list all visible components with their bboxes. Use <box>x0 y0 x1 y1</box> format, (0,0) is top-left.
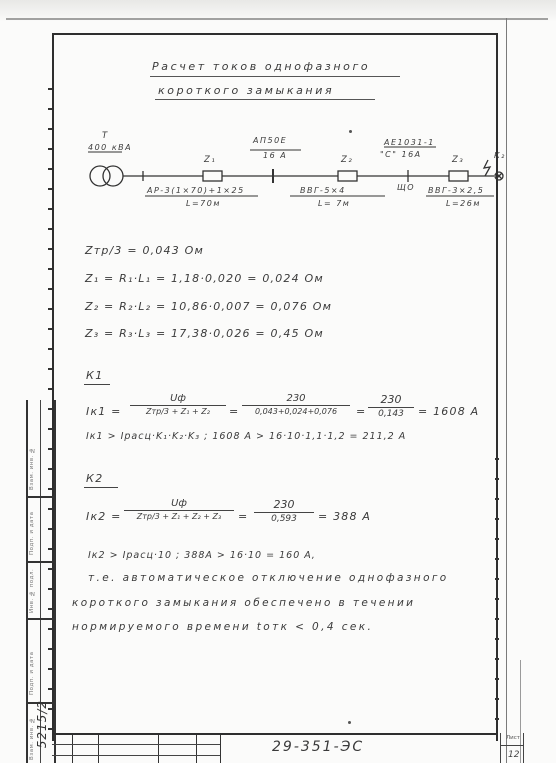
document-number: 29-351-ЭС <box>272 739 364 755</box>
panel-label: ЩО <box>397 183 415 192</box>
cable1-type: АР-3(1×70)+1×25 <box>147 186 245 195</box>
page-title-line1: Расчет токов однофазного <box>152 60 370 73</box>
k1-formula-fraction: Uф Zтр/3 + Z₁ + Z₂ <box>130 393 226 416</box>
k2-values-fraction: 230 0,593 <box>254 498 314 524</box>
stamp-cell: Инв. № подл. <box>29 568 35 613</box>
z2-label: Z₂ <box>341 155 353 165</box>
fault-point-label: К₂ <box>494 151 506 160</box>
title-underline <box>150 76 400 77</box>
k1-values-fraction: 230 0,043+0,024+0,076 <box>242 393 350 416</box>
section-underline <box>84 384 110 385</box>
section-k2-label: К2 <box>86 472 104 485</box>
k2-check: Iк2 > Iрасц·10 ; 388А > 16·10 = 160 А, <box>88 550 316 561</box>
sheet-number: 12 <box>508 750 519 760</box>
section-underline <box>84 487 118 488</box>
cable1-length: L=70м <box>186 199 221 208</box>
cable2-type: ВВГ-5×4 <box>300 186 346 195</box>
cable3-type: ВВГ-3×2,5 <box>428 186 484 195</box>
scan-edge <box>0 0 556 22</box>
k1-check: Iк1 > Iрасц·K₁·K₂·K₃ ; 1608 А > 16·10·1,… <box>86 431 406 442</box>
breaker2-rating: "С" 16А <box>380 150 422 159</box>
stamp-cell: Подп. и дата <box>29 625 35 695</box>
scan-speck <box>349 130 352 133</box>
transformer-label: T <box>102 131 109 141</box>
equals-sign: = <box>238 510 248 523</box>
impedance-z1: Z₁ = R₁·L₁ = 1,18·0,020 = 0,024 Ом <box>85 272 324 285</box>
breaker1-label: АП50Е <box>253 136 287 145</box>
breaker1-rating: 16 А <box>263 151 287 160</box>
conclusion-line3: нормируемого времени tотк < 0,4 сек. <box>72 621 373 633</box>
conclusion-line2: короткого замыкания обеспечено в течении <box>72 597 415 609</box>
k1-result: = 1608 А <box>418 405 479 418</box>
sheet-edge-line <box>506 18 507 763</box>
k2-lhs: Iк2 = <box>86 510 122 523</box>
transformer-rating: 400 кВА <box>88 143 132 152</box>
stamp-cell: Взам. инв. № <box>29 410 35 490</box>
stamp-cell: Подп. и дата <box>29 505 35 555</box>
k1-lhs: Iк1 = <box>86 405 122 418</box>
cable2-length: L= 7м <box>318 199 350 208</box>
z3-label: Z₃ <box>452 155 464 165</box>
sheet-label: Лист <box>506 735 520 741</box>
z1-label: Z₁ <box>204 155 216 165</box>
scan-speck <box>348 721 351 724</box>
k2-formula-fraction: Uф Zтр/3 + Z₁ + Z₂ + Z₃ <box>124 498 234 521</box>
frame-ticks <box>495 440 499 730</box>
k2-result: = 388 А <box>318 510 371 523</box>
conclusion-line1: т.е. автоматическое отключение однофазно… <box>88 572 449 584</box>
cable3-length: L=26м <box>446 199 481 208</box>
impedance-z3: Z₃ = R₃·L₃ = 17,38·0,026 = 0,45 Ом <box>85 327 324 340</box>
k1-sum-fraction: 230 0,143 <box>368 393 414 419</box>
inventory-number: 5215/2 <box>35 700 49 748</box>
breaker2-label: АЕ1031-1 <box>384 138 435 147</box>
impedance-transformer: Zтр/3 = 0,043 Ом <box>85 244 204 257</box>
section-k1-label: К1 <box>86 369 104 382</box>
equals-sign: = <box>229 405 239 418</box>
impedance-z2: Z₂ = R₂·L₂ = 10,86·0,007 = 0,076 Ом <box>85 300 332 313</box>
page-title-line2: короткого замыкания <box>158 84 334 97</box>
equals-sign: = <box>356 405 366 418</box>
title-underline <box>155 99 375 100</box>
